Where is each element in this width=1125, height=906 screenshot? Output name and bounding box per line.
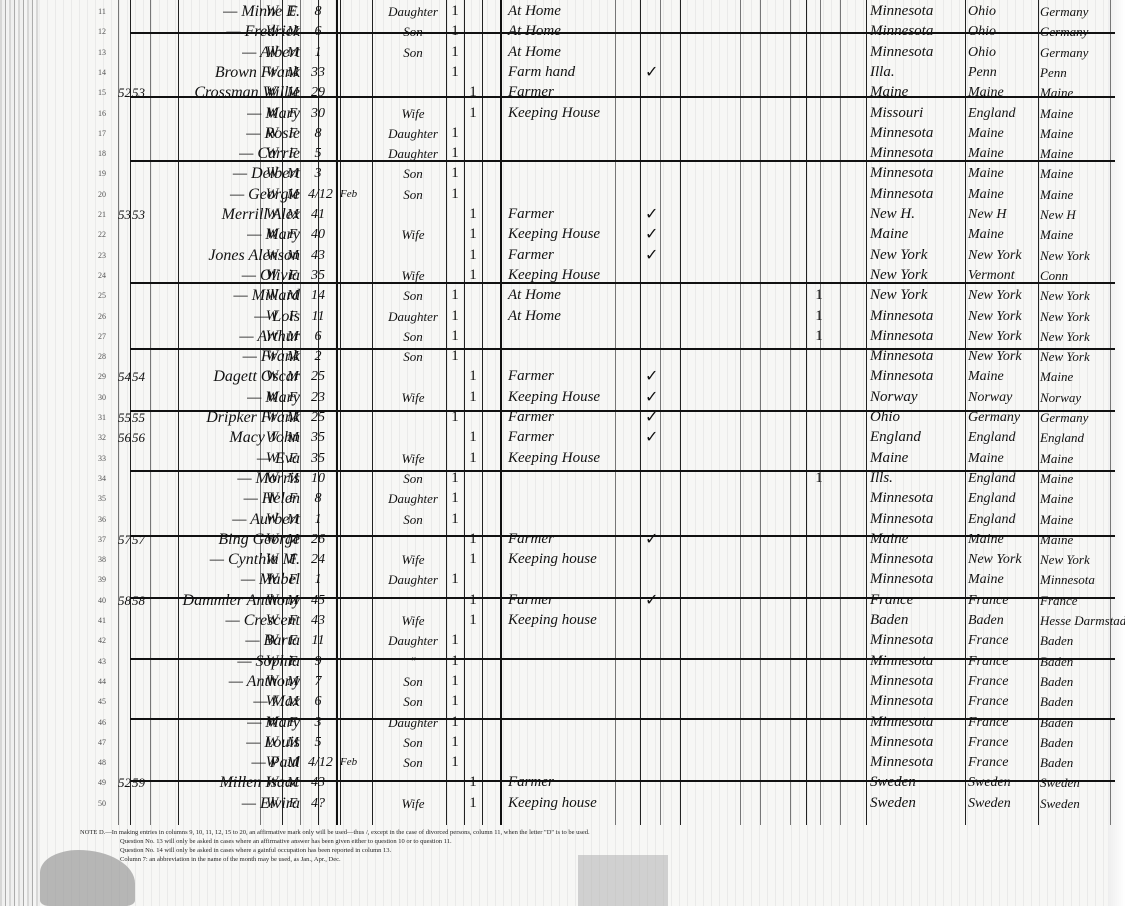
- footnote-line: Column 7: an abbreviation in the name of…: [80, 855, 1110, 864]
- school-mark: [812, 792, 826, 815]
- footnote-line: Question No. 14 will only be asked in ca…: [80, 846, 1110, 855]
- color-field: W: [262, 792, 282, 815]
- married-mark: 1: [465, 792, 481, 815]
- birth-month-field: [340, 792, 368, 815]
- line-number: 50: [92, 792, 112, 815]
- footnote-line: Question No. 13 will only be asked in ca…: [80, 837, 1110, 846]
- birthplace-field: Sweden: [870, 792, 970, 815]
- relationship-field: Wife: [380, 792, 446, 815]
- father-birthplace-field: Sweden: [968, 792, 1038, 815]
- footnote-line: NOTE D.—In making entries in columns 9, …: [80, 828, 1110, 837]
- age-field: 4?: [308, 792, 328, 815]
- census-row: 50— ElviraWF4?Wife1Keeping houseSwedenSw…: [0, 792, 1125, 815]
- occupation-field: Keeping house: [508, 792, 658, 815]
- single-mark: [447, 792, 463, 815]
- footnote-block: NOTE D.—In making entries in columns 9, …: [80, 828, 1110, 864]
- census-page: 11— Minne E.WF8Daughter1At HomeMinnesota…: [0, 0, 1125, 906]
- mother-birthplace-field: Sweden: [1040, 792, 1110, 815]
- sex-field: F: [283, 792, 303, 815]
- check-mark: [645, 792, 665, 815]
